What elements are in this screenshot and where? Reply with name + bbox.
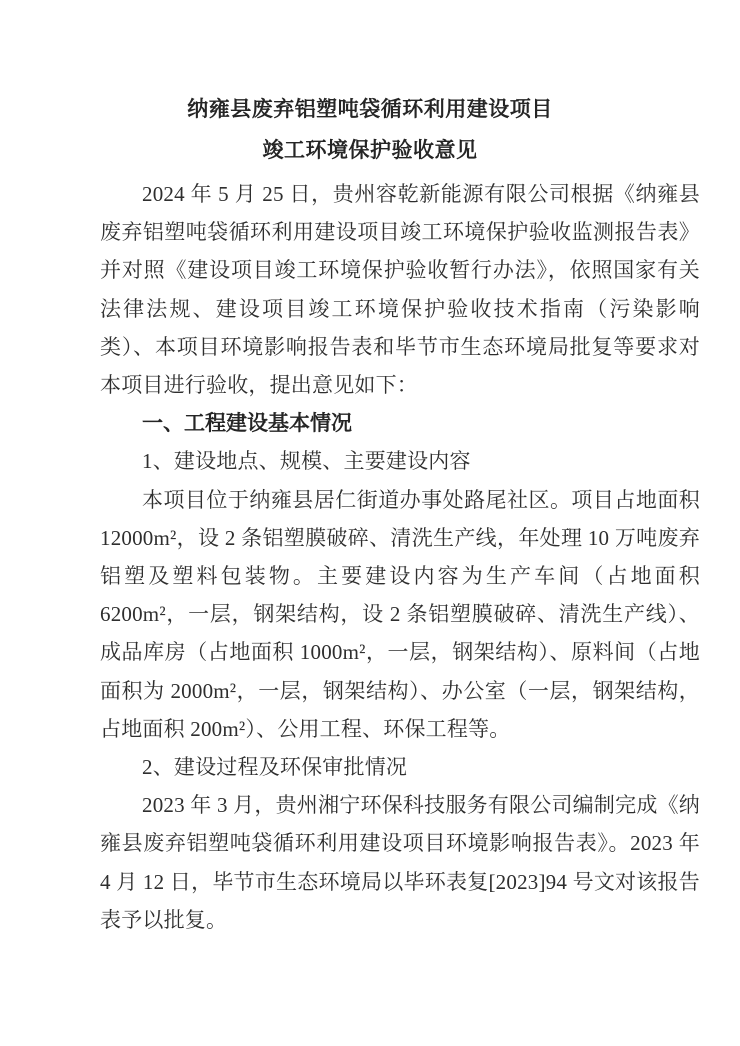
document-page: 纳雍县废弃铝塑吨袋循环利用建设项目 竣工环境保护验收意见 2024 年 5 月 … — [0, 0, 740, 1046]
section1-heading: 一、工程建设基本情况 — [100, 404, 700, 442]
intro-paragraph: 2024 年 5 月 25 日，贵州容乾新能源有限公司根据《纳雍县废弃铝塑吨袋循… — [100, 175, 700, 404]
document-title-line1: 纳雍县废弃铝塑吨袋循环利用建设项目 — [0, 89, 740, 130]
subsection2-body: 2023 年 3 月，贵州湘宁环保科技服务有限公司编制完成《纳雍县废弃铝塑吨袋循… — [100, 786, 700, 939]
subsection2-heading: 2、建设过程及环保审批情况 — [100, 748, 700, 786]
subsection1-body: 本项目位于纳雍县居仁街道办事处路尾社区。项目占地面积 12000m²，设 2 条… — [100, 481, 700, 748]
document-title-block: 纳雍县废弃铝塑吨袋循环利用建设项目 竣工环境保护验收意见 — [0, 89, 740, 171]
subsection1-heading: 1、建设地点、规模、主要建设内容 — [100, 442, 700, 480]
document-title-line2: 竣工环境保护验收意见 — [0, 130, 740, 171]
